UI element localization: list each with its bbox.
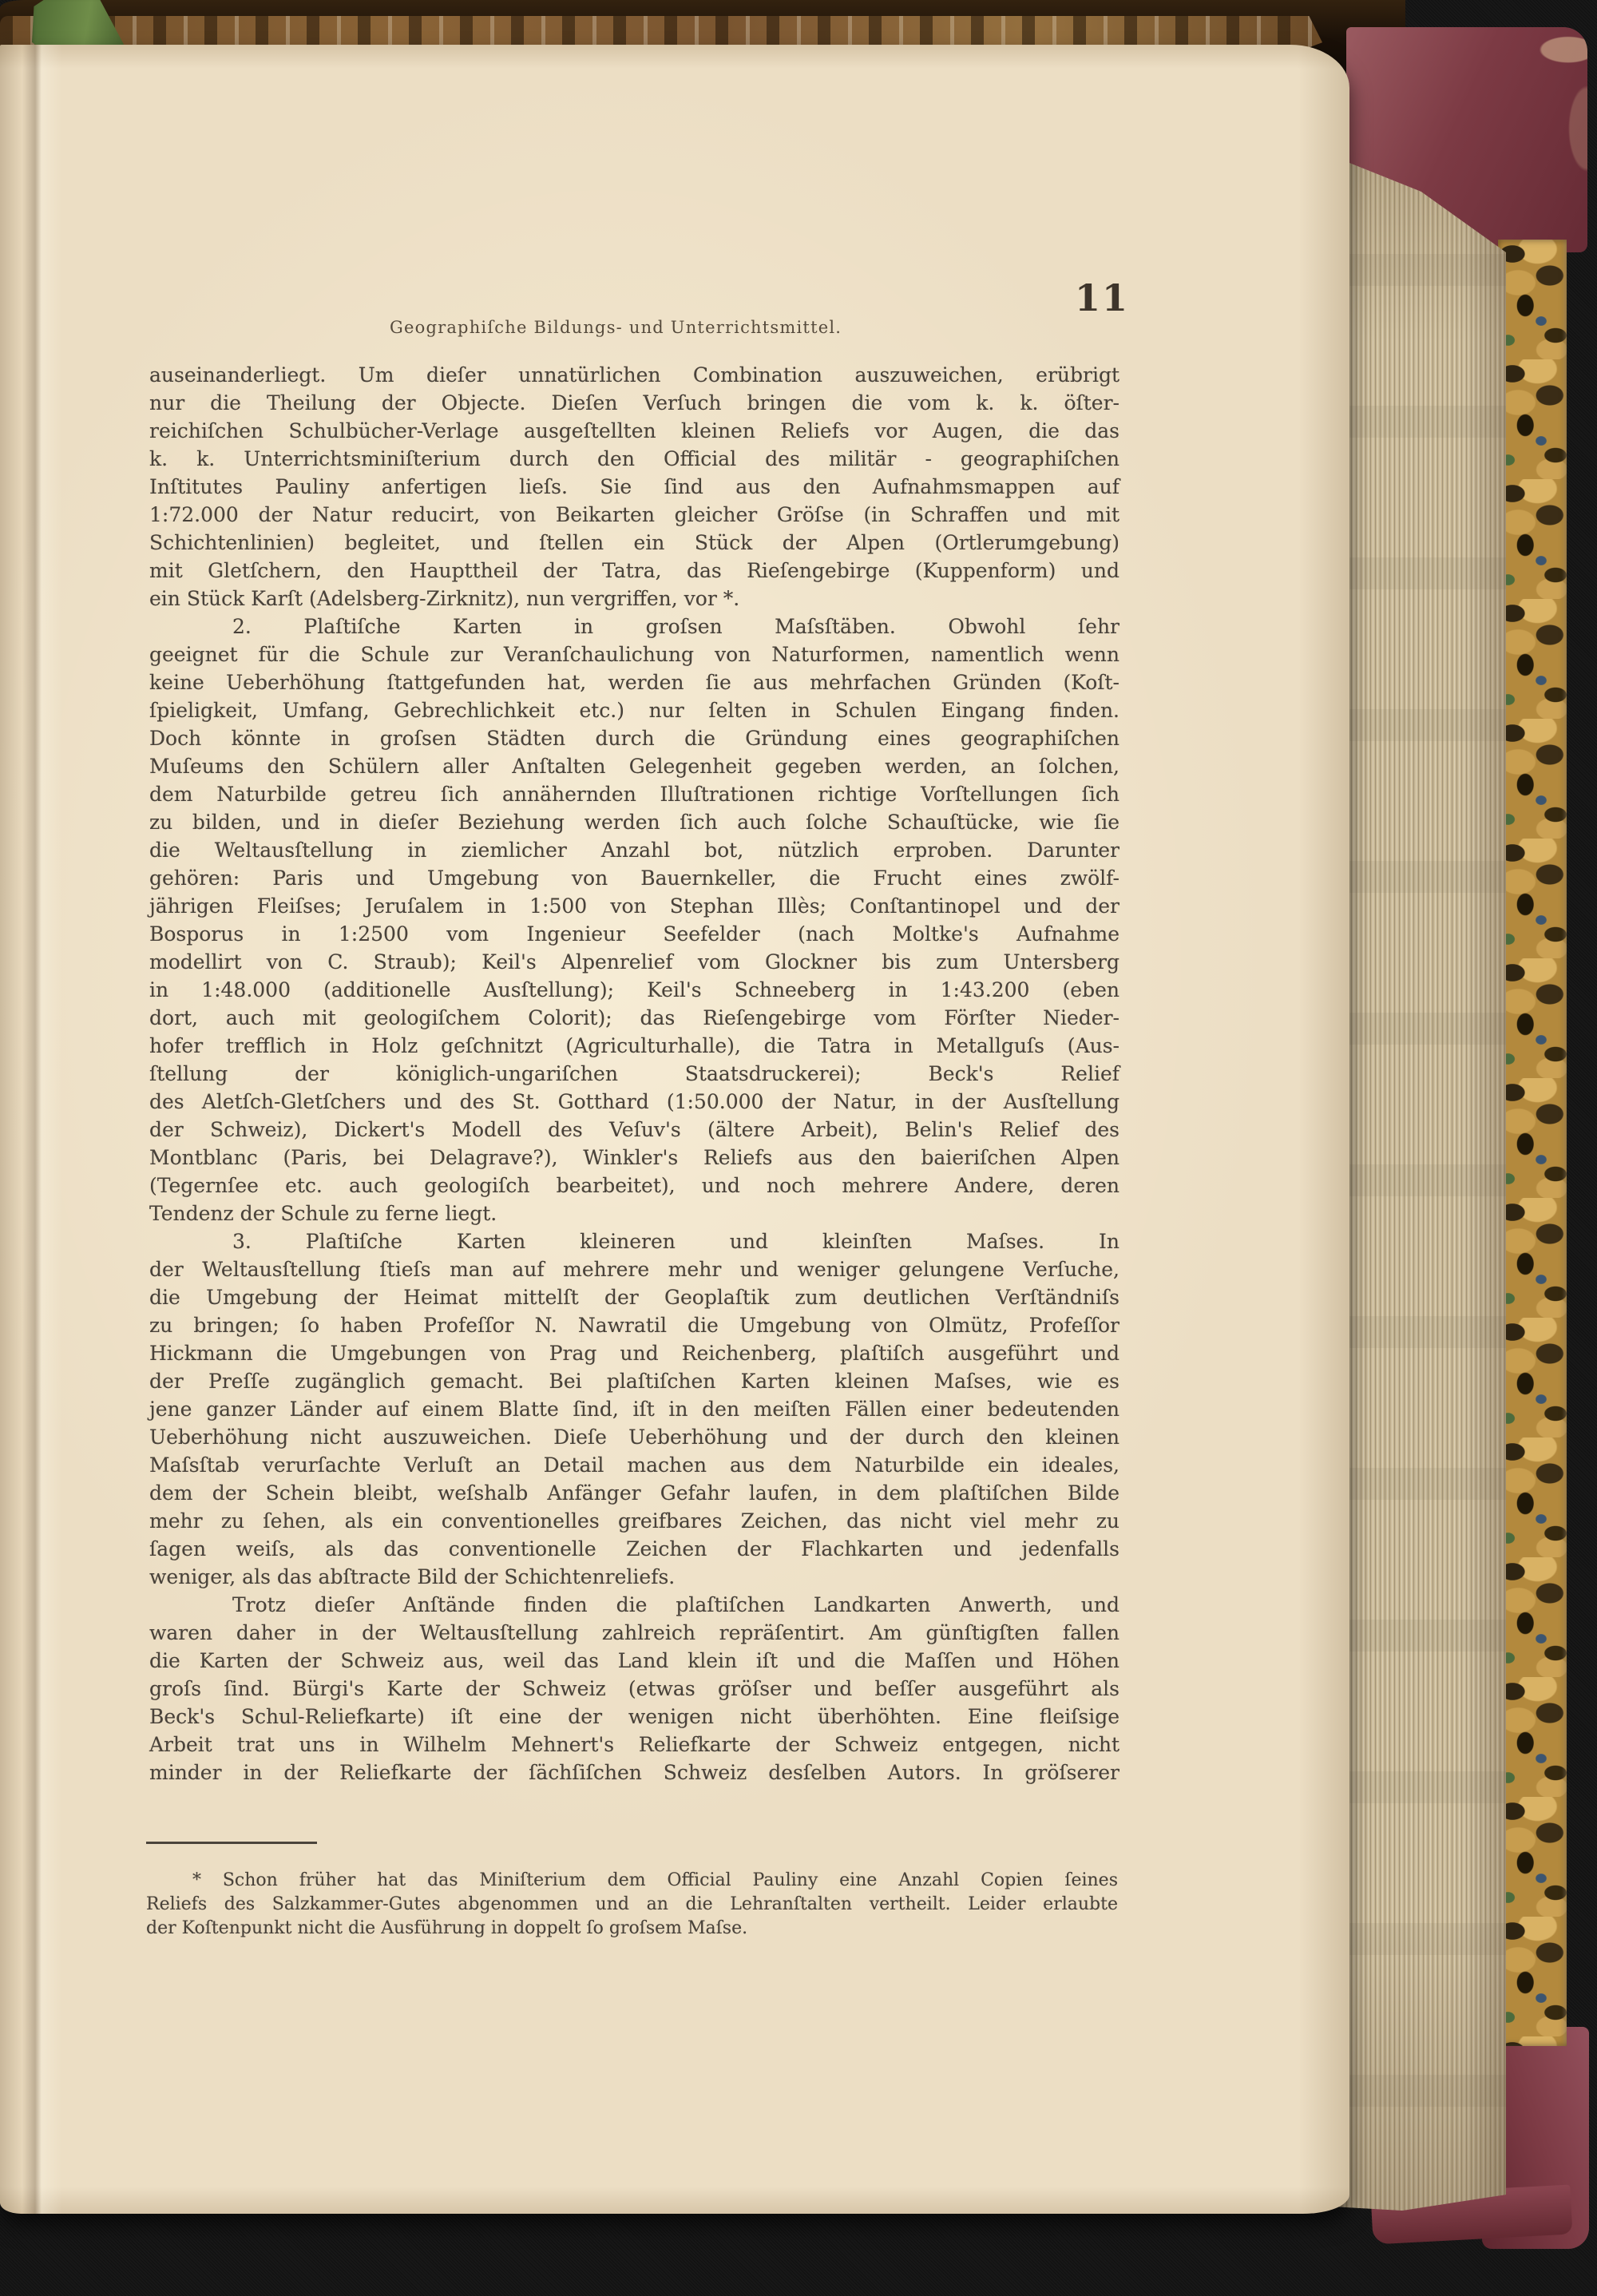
text-line: 1:72.000 der Natur reducirt, von Beikart… <box>149 501 1119 529</box>
text-line: 3. Plaſtiſche Karten kleineren und klein… <box>149 1227 1119 1255</box>
text-line: ſagen weiſs, als das conventionelle Zeic… <box>149 1535 1119 1563</box>
text-line: die Umgebung der Heimat mittelſt der Geo… <box>149 1283 1119 1311</box>
footnote-line: der Koſtenpunkt nicht die Ausführung in … <box>146 1917 1118 1941</box>
text-line: geeignet für die Schule zur Veranſchauli… <box>149 640 1119 668</box>
text-line: modellirt von C. Straub); Keil's Alpenre… <box>149 948 1119 976</box>
text-line: der Schweiz), Dickert's Modell des Veſuv… <box>149 1116 1119 1144</box>
text-line: Muſeums den Schülern aller Anſtalten Gel… <box>149 752 1119 780</box>
paragraph-1: auseinanderliegt. Um dieſer unnatürliche… <box>149 361 1119 613</box>
body-text: auseinanderliegt. Um dieſer unnatürliche… <box>149 361 1119 1786</box>
text-line: der Preſſe zugänglich gemacht. Bei plaſt… <box>149 1367 1119 1395</box>
text-line: Inſtitutes Pauliny anfertigen lieſs. Sie… <box>149 473 1119 501</box>
text-line: Bosporus in 1:2500 vom Ingenieur Seefeld… <box>149 920 1119 948</box>
text-line: (Tegernſee etc. auch geologiſch bearbeit… <box>149 1172 1119 1200</box>
text-line: dem der Schein bleibt, weſshalb Anfänger… <box>149 1479 1119 1507</box>
text-line: jährigen Fleiſses; Jeruſalem in 1:500 vo… <box>149 892 1119 920</box>
footnote-line: Reliefs des Salzkammer-Gutes abgenommen … <box>146 1893 1118 1917</box>
text-line: Hickmann die Umgebungen von Prag und Rei… <box>149 1339 1119 1367</box>
paragraph-3: 3. Plaſtiſche Karten kleineren und klein… <box>149 1227 1119 1591</box>
text-line: Maſsſtab verurſachte Verluſt an Detail m… <box>149 1451 1119 1479</box>
text-line: des Aletſch-Gletſchers und des St. Gotth… <box>149 1088 1119 1116</box>
text-line: waren daher in der Weltausſtellung zahlr… <box>149 1619 1119 1647</box>
text-line: ſpieligkeit, Umfang, Gebrechlichkeit etc… <box>149 696 1119 724</box>
paragraph-4: Trotz dieſer Anſtände finden die plaſtiſ… <box>149 1591 1119 1786</box>
text-line: dort, auch mit geologiſchem Colorit); da… <box>149 1004 1119 1032</box>
running-head-title: Geographiſche Bildungs- und Unterrichtsm… <box>390 318 842 337</box>
text-line: 2. Plaſtiſche Karten in groſsen Maſsſtäb… <box>149 613 1119 640</box>
text-line: zu bilden, und in dieſer Beziehung werde… <box>149 808 1119 836</box>
paragraph-2: 2. Plaſtiſche Karten in groſsen Maſsſtäb… <box>149 613 1119 1227</box>
text-line: Ueberhöhung nicht auszuweichen. Dieſe Ue… <box>149 1423 1119 1451</box>
text-line: nur die Theilung der Objecte. Dieſen Ver… <box>149 389 1119 417</box>
text-line: auseinanderliegt. Um dieſer unnatürliche… <box>149 361 1119 389</box>
text-line: die Karten der Schweiz aus, weil das Lan… <box>149 1647 1119 1675</box>
text-line: Schichtenlinien) begleitet, und ſtellen … <box>149 529 1119 557</box>
marbled-board-edge <box>1498 240 1567 2046</box>
text-line: in 1:48.000 (additionelle Ausſtellung); … <box>149 976 1119 1004</box>
text-line: dem Naturbilde getreu ſich annähernden I… <box>149 780 1119 808</box>
text-line: zu bringen; ſo haben Profeſſor N. Nawrat… <box>149 1311 1119 1339</box>
text-line: mit Gletſchern, den Haupttheil der Tatra… <box>149 557 1119 585</box>
book-page: Geographiſche Bildungs- und Unterrichtsm… <box>0 45 1349 2214</box>
footnote-line: * Schon früher hat das Miniſterium dem O… <box>146 1869 1118 1893</box>
text-line: hofer trefflich in Holz geſchnitzt (Agri… <box>149 1032 1119 1060</box>
text-line: mehr zu ſehen, als ein conventionelles g… <box>149 1507 1119 1535</box>
text-line: minder in der Reliefkarte der ſächſiſche… <box>149 1759 1119 1786</box>
scene: { "colors":{ "paper":"#ecdec4","ink":"#4… <box>0 0 1597 2296</box>
text-line: gehören: Paris und Umgebung von Bauernke… <box>149 864 1119 892</box>
text-line: reichiſchen Schulbücher-Verlage ausgeſte… <box>149 417 1119 445</box>
text-line: groſs ſind. Bürgi's Karte der Schweiz (e… <box>149 1675 1119 1703</box>
page-number: 11 <box>1075 276 1129 319</box>
text-line: ſtellung der königlich-ungariſchen Staat… <box>149 1060 1119 1088</box>
footnote: * Schon früher hat das Miniſterium dem O… <box>146 1869 1118 1941</box>
text-line: weniger, als das abſtracte Bild der Schi… <box>149 1563 1119 1591</box>
text-line: der Weltausſtellung ſtieſs man auf mehre… <box>149 1255 1119 1283</box>
text-line: k. k. Unterrichtsminiſterium durch den O… <box>149 445 1119 473</box>
text-line: Doch könnte in groſsen Städten durch die… <box>149 724 1119 752</box>
text-line: Tendenz der Schule zu ferne liegt. <box>149 1200 1119 1227</box>
text-line: ein Stück Karſt (Adelsberg-Zirknitz), nu… <box>149 585 1119 613</box>
text-line: Trotz dieſer Anſtände finden die plaſtiſ… <box>149 1591 1119 1619</box>
footnote-rule <box>146 1842 317 1844</box>
text-line: Montblanc (Paris, bei Delagrave?), Winkl… <box>149 1144 1119 1172</box>
text-line: jene ganzer Länder auf einem Blatte ſind… <box>149 1395 1119 1423</box>
text-line: Beck's Schul-Reliefkarte) iſt eine der w… <box>149 1703 1119 1731</box>
text-line: die Weltausſtellung in ziemlicher Anzahl… <box>149 836 1119 864</box>
text-line: Arbeit trat uns in Wilhelm Mehnert's Rel… <box>149 1731 1119 1759</box>
text-line: keine Ueberhöhung ſtattgefunden hat, wer… <box>149 668 1119 696</box>
